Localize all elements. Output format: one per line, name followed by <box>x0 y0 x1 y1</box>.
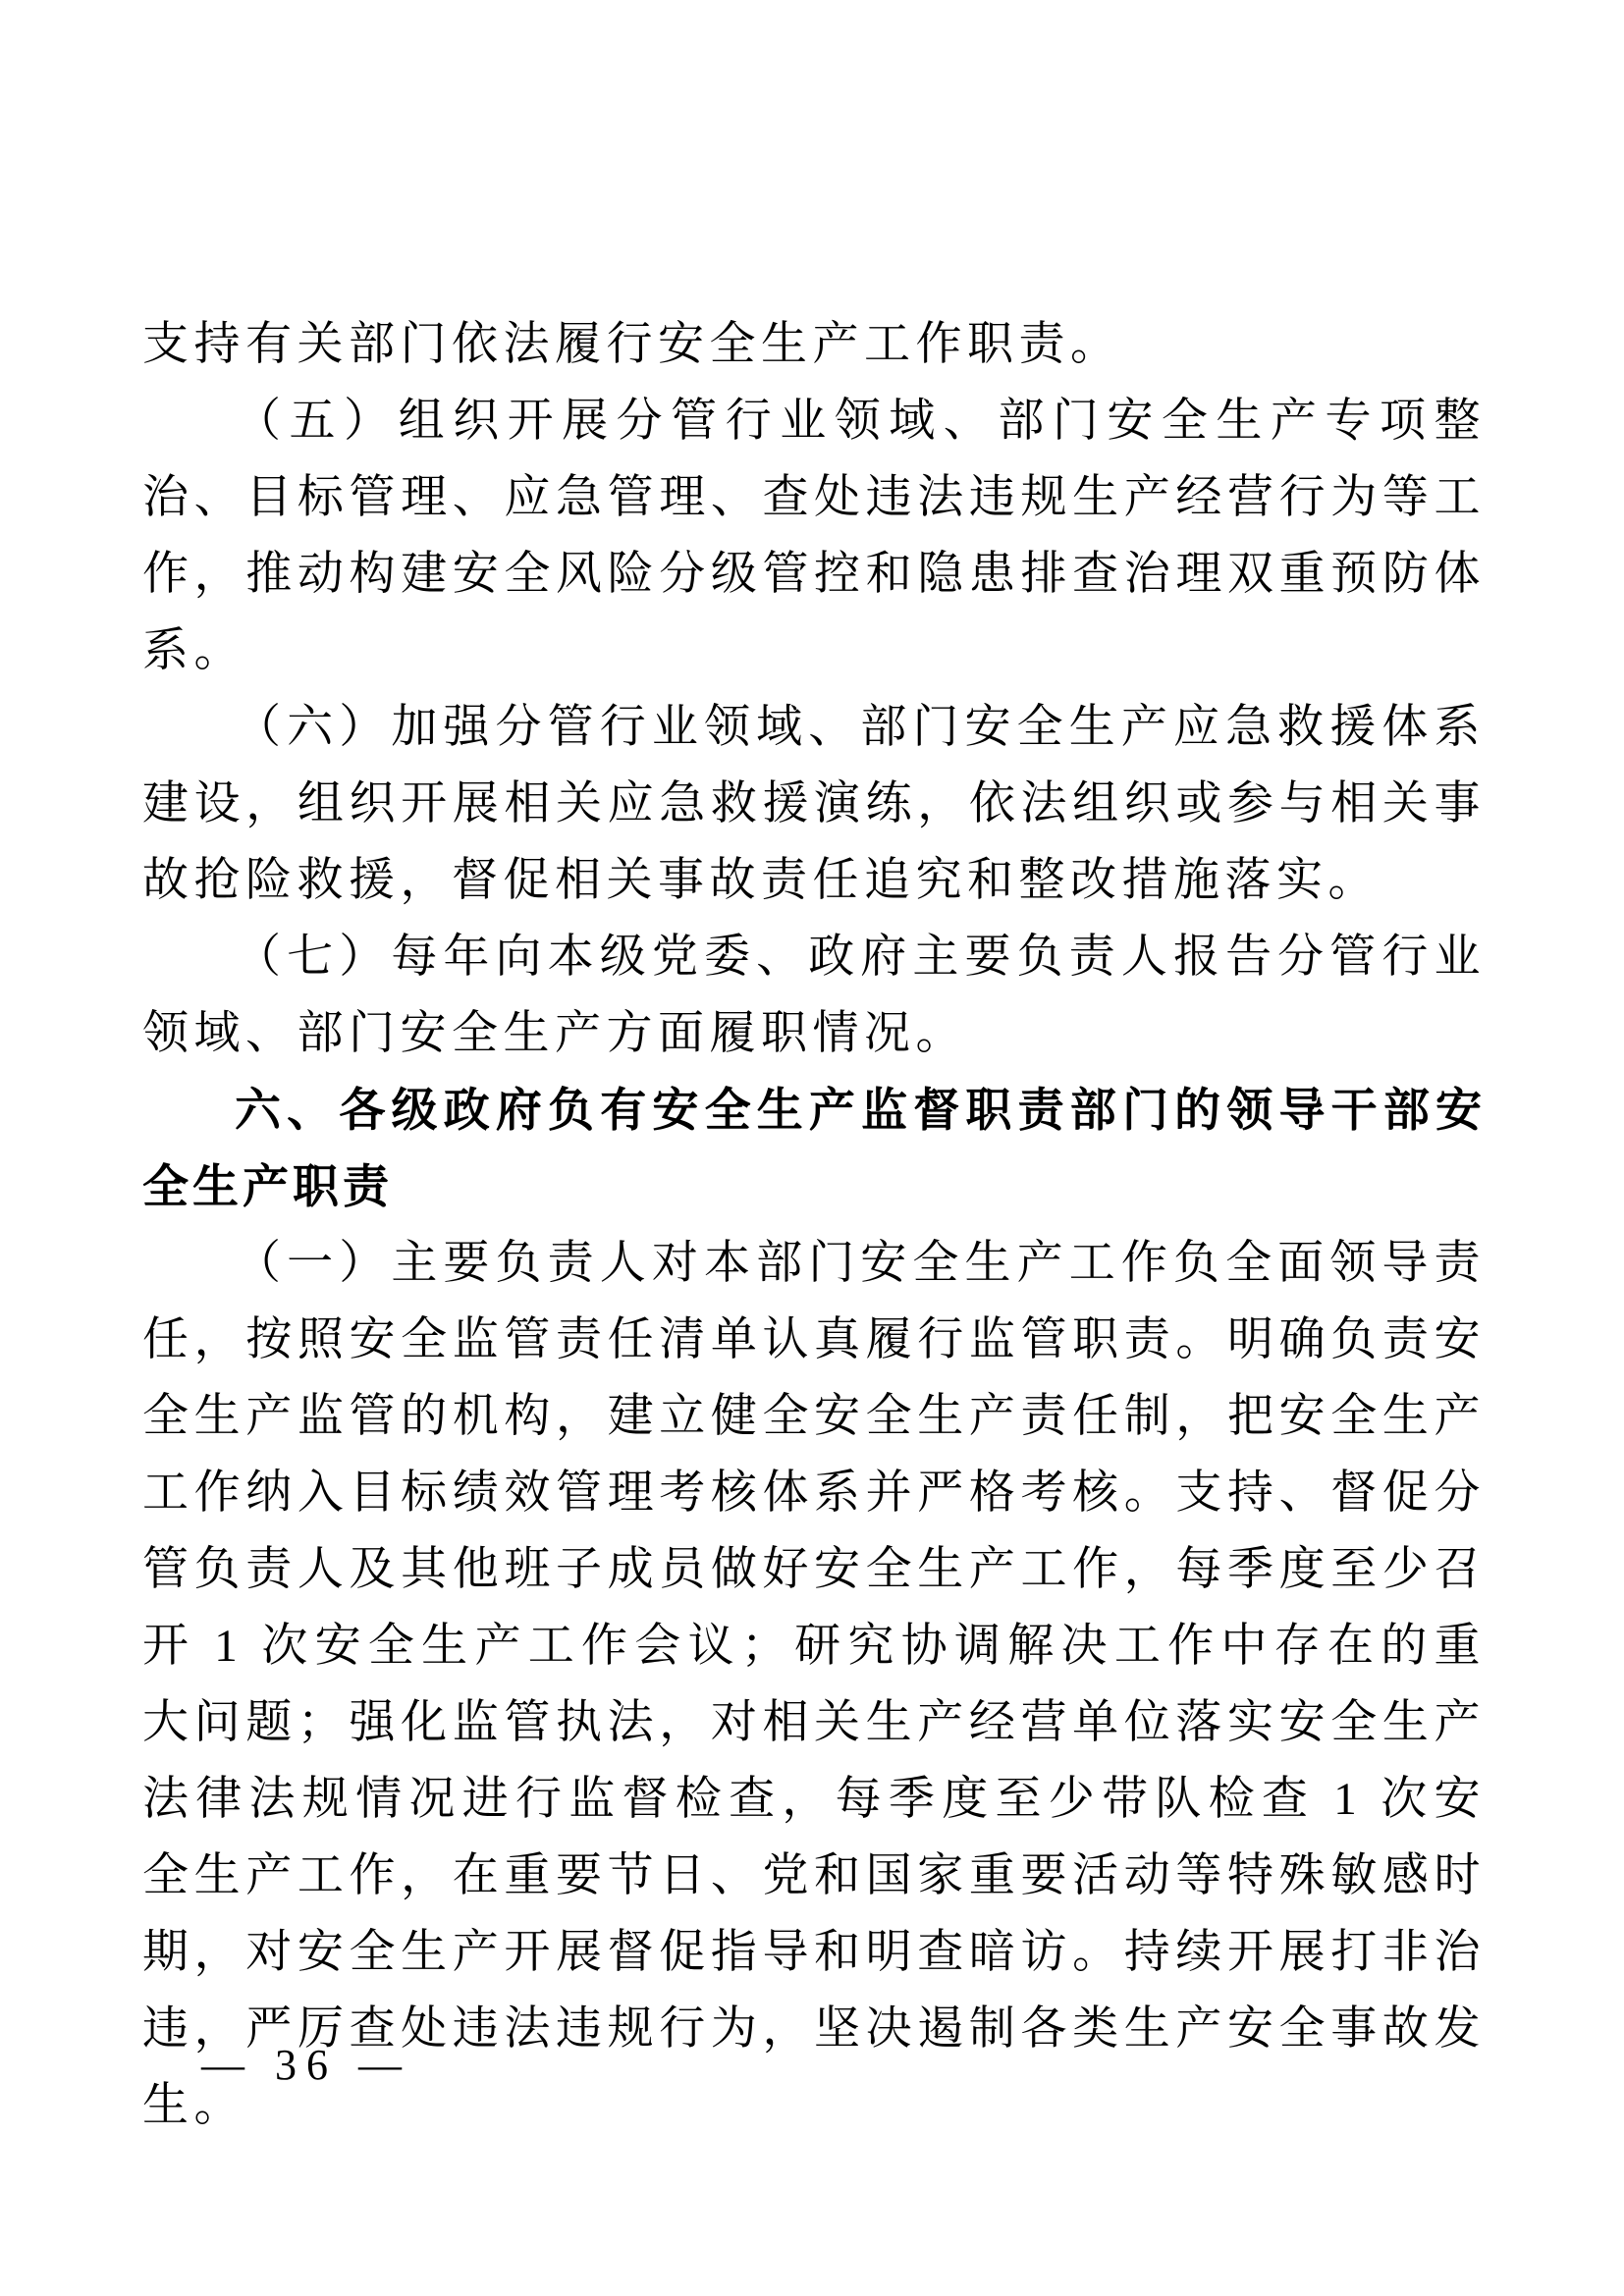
paragraph-item-qi: （七）每年向本级党委、政府主要负责人报告分管行业领域、部门安全生产方面履职情况。 <box>142 919 1486 1072</box>
page-number: — 36 — <box>201 2040 411 2090</box>
section-heading: 六、各级政府负有安全生产监督职责部门的领导干部安全生产职责 <box>142 1072 1486 1225</box>
paragraph-item-wu: （五）组织开展分管行业领域、部门安全生产专项整治、目标管理、应急管理、查处违法违… <box>142 383 1486 689</box>
paragraph-continuation: 支持有关部门依法履行安全生产工作职责。 <box>142 306 1486 383</box>
document-page: 支持有关部门依法履行安全生产工作职责。 （五）组织开展分管行业领域、部门安全生产… <box>0 0 1624 2296</box>
paragraph-item-yi: （一）主要负责人对本部门安全生产工作负全面领导责任，按照安全监管责任清单认真履行… <box>142 1225 1486 2144</box>
paragraph-item-liu: （六）加强分管行业领域、部门安全生产应急救援体系建设，组织开展相关应急救援演练，… <box>142 689 1486 919</box>
document-body: 支持有关部门依法履行安全生产工作职责。 （五）组织开展分管行业领域、部门安全生产… <box>142 306 1486 2144</box>
